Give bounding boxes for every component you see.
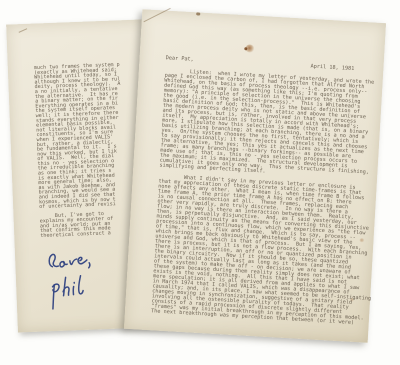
love-script bbox=[49, 251, 91, 272]
letter-date: April 18, 1981 bbox=[310, 63, 354, 72]
typed-letters-photo: much two frames the system p(exactly as … bbox=[0, 0, 400, 365]
paper-fleck bbox=[196, 12, 200, 15]
letter-page-2: Dear Pat, April 18, 1981 Listen: when I … bbox=[124, 9, 386, 343]
typed-text-right: Dear Pat, April 18, 1981 Listen: when I … bbox=[151, 55, 376, 326]
handwritten-signature bbox=[43, 245, 112, 317]
letter-paragraph-1: Listen: when I wrote my letter of yester… bbox=[159, 68, 374, 180]
letter-paragraph-2: What I didn't say in my previous letter … bbox=[151, 173, 369, 325]
corner-crease-left-page bbox=[19, 28, 28, 33]
salutation: Dear Pat, bbox=[165, 55, 193, 63]
phil-script bbox=[50, 276, 85, 309]
corner-crease-right-page bbox=[143, 8, 170, 22]
